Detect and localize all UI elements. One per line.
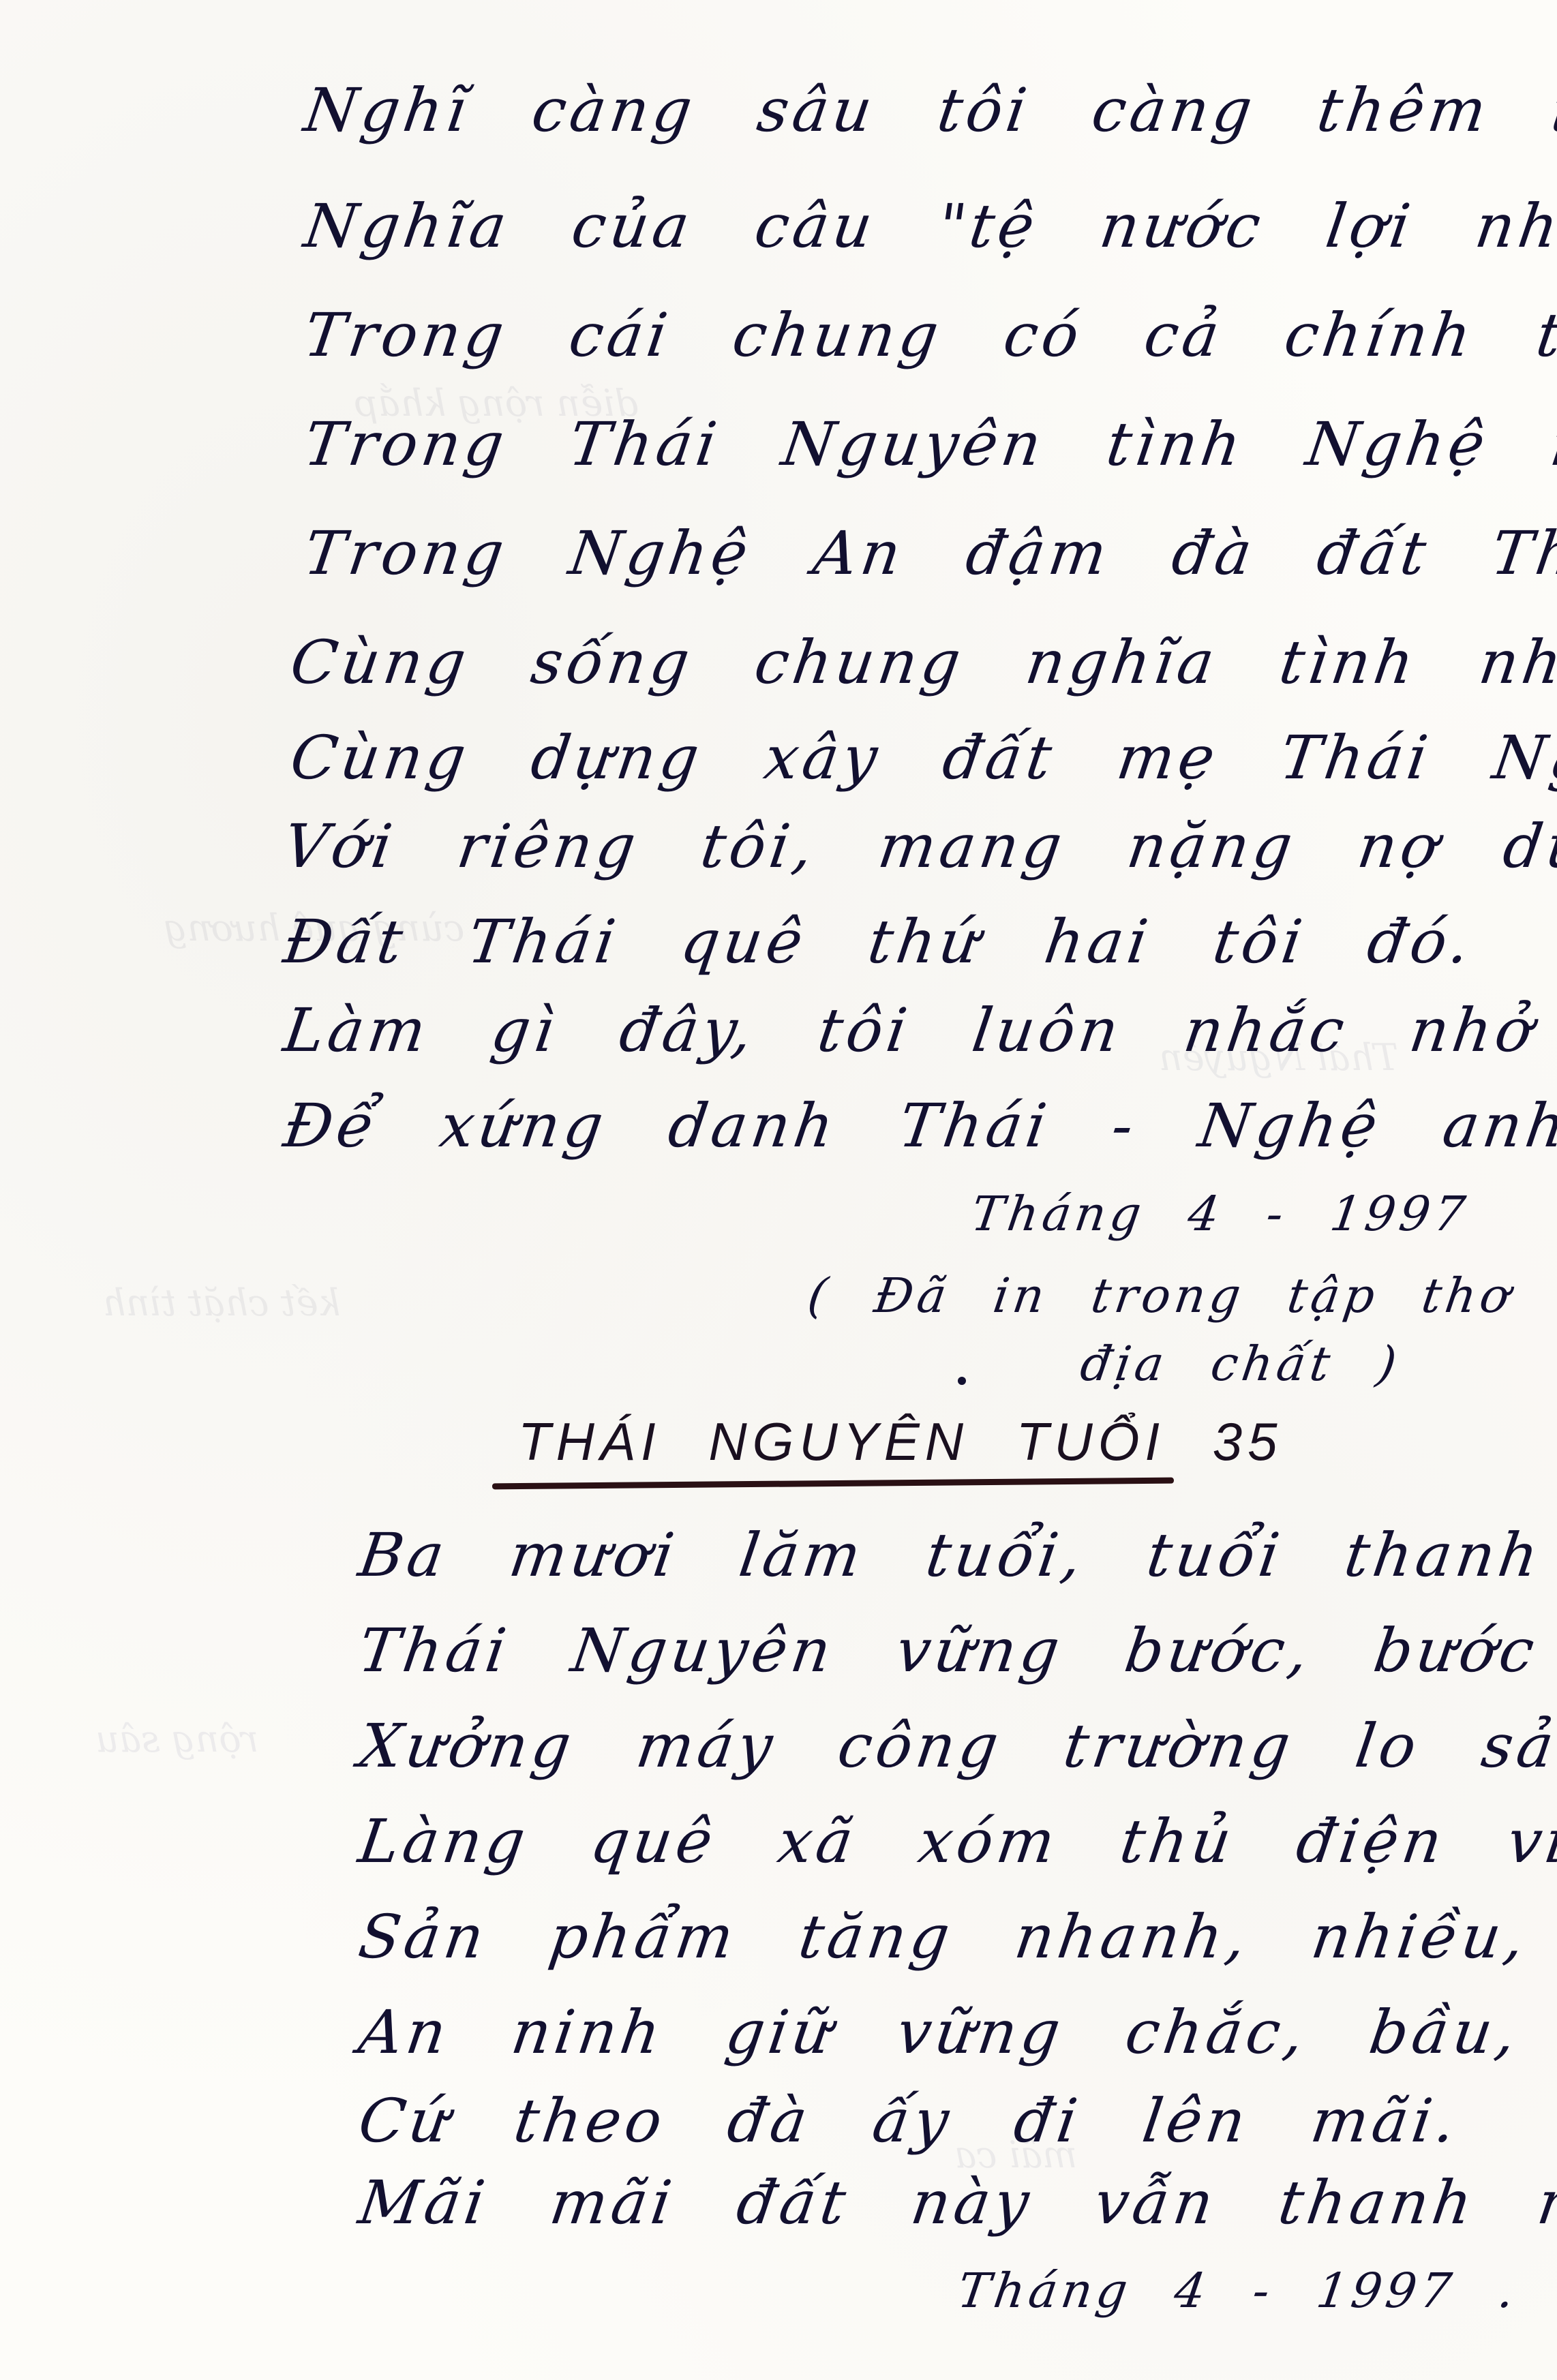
poem1-line-3: Trong cái chung có cả chính ta — [300, 300, 1557, 370]
poem2-line-7: Cứ theo đà ấy đi lên mãi. — [354, 2086, 1464, 2156]
poem2-line-1: Ba mươi lăm tuổi, tuổi thanh niên — [354, 1520, 1557, 1590]
ink-dot — [958, 1377, 966, 1385]
poem2-line-8: Mãi mãi đất này vẫn thanh niên . — [354, 2167, 1557, 2238]
scanned-page: diễn rộng khắp cùng quê hương Thái Nguyê… — [0, 0, 1557, 2380]
poem1-line-10: Làm gì đây, tôi luôn nhắc nhở — [279, 995, 1541, 1065]
poem2-date: Tháng 4 - 1997 . — [954, 2263, 1522, 2319]
poem1-line-1: Nghĩ càng sâu tôi càng thêm thấm, — [300, 75, 1557, 145]
poem2-line-6: An ninh giữ vững chắc, bầu, bền — [354, 1997, 1557, 2067]
title-underline — [492, 1478, 1174, 1490]
poem2-title: THÁI NGUYÊN TUỔI 35 — [518, 1411, 1282, 1473]
poem1-line-4: Trong Thái Nguyên tình Nghệ mặn mà. — [300, 409, 1557, 479]
poem1-date: Tháng 4 - 1997 — [968, 1186, 1472, 1242]
poem2-line-4: Làng quê xã xóm thủ điện viên — [354, 1806, 1557, 1876]
poem1-line-6: Cùng sống chung nghĩa tình nhân ái. — [286, 627, 1557, 697]
poem1-line-2: Nghĩa của câu "tệ nước lợi nhà" — [300, 191, 1557, 261]
poem1-line-7: Cùng dựng xây đất mẹ Thái Nguyên. — [286, 722, 1557, 793]
poem1-line-9: Đất Thái quê thứ hai tôi đó. — [279, 906, 1478, 977]
poem2-line-5: Sản phẩm tăng nhanh, nhiều, tốt, rẻ. — [354, 1902, 1557, 1972]
poem1-publication-note-1: ( Đã in trong tập thơ hội hưu — [804, 1268, 1557, 1324]
show-through-text: kết chặt tình — [102, 1281, 340, 1324]
poem1-line-5: Trong Nghệ An đậm đà đất Thái. — [300, 518, 1557, 588]
poem1-publication-note-2: địa chất ) — [1077, 1336, 1404, 1392]
poem1-line-11: Để xứng danh Thái - Nghệ anh hùng. — [279, 1090, 1557, 1161]
poem2-line-2: Thái Nguyên vững bước, bước đi lên — [354, 1615, 1557, 1685]
show-through-text: rộng sâu — [95, 1718, 259, 1760]
poem2-line-3: Xưởng máy công trường lo sản xuất. — [354, 1711, 1557, 1781]
poem1-line-8: Với riêng tôi, mang nặng nợ duyên. — [279, 811, 1557, 881]
